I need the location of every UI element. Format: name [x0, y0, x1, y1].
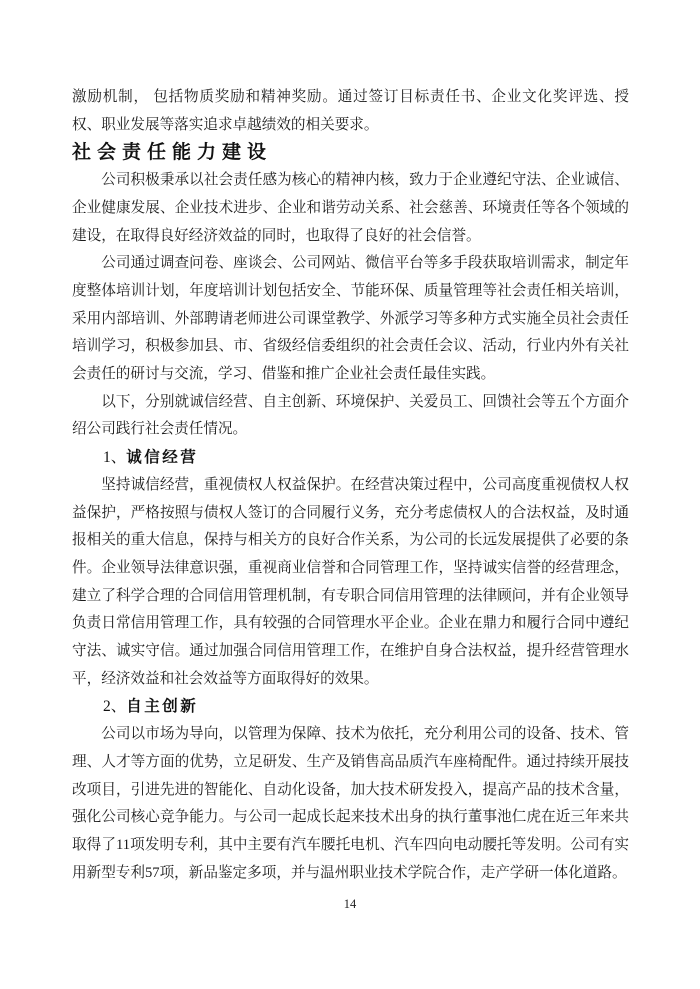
page-content: 激励机制， 包括物质奖励和精神奖励。通过签订目标责任书、企业文化奖评选、授权、职…	[72, 84, 629, 887]
page-number: 14	[0, 896, 700, 912]
paragraph-integrity: 坚持诚信经营，重视债权人权益保护。在经营决策过程中，公司高度重视债权人权益保护，…	[72, 472, 629, 694]
paragraph-incentive-continuation: 激励机制， 包括物质奖励和精神奖励。通过签订目标责任书、企业文化奖评选、授权、职…	[72, 84, 629, 139]
subsection-label-integrity: 诚信经营	[126, 449, 198, 466]
subsection-number-integrity: 1、	[103, 449, 126, 466]
paragraph-innovation: 公司以市场为导向，以管理为保障、技术为依托，充分利用公司的设备、技术、管理、人才…	[72, 721, 629, 887]
section-heading-csr-capability: 社会责任能力建设	[72, 139, 629, 167]
subsection-number-innovation: 2、	[103, 698, 126, 715]
paragraph-csr-core: 公司积极秉承以社会责任感为核心的精神内核，致力于企业遵纪守法、企业诚信、企业健康…	[72, 167, 629, 250]
subsection-label-innovation: 自主创新	[126, 698, 198, 715]
paragraph-five-aspects: 以下，分别就诚信经营、自主创新、环境保护、关爱员工、回馈社会等五个方面介绍公司践…	[72, 389, 629, 444]
subsection-heading-innovation: 2、自主创新	[72, 693, 629, 721]
document-page: 激励机制， 包括物质奖励和精神奖励。通过签订目标责任书、企业文化奖评选、授权、职…	[0, 0, 700, 989]
paragraph-training: 公司通过调查问卷、座谈会、公司网站、微信平台等多手段获取培训需求，制定年度整体培…	[72, 250, 629, 389]
subsection-heading-integrity: 1、诚信经营	[72, 444, 629, 472]
